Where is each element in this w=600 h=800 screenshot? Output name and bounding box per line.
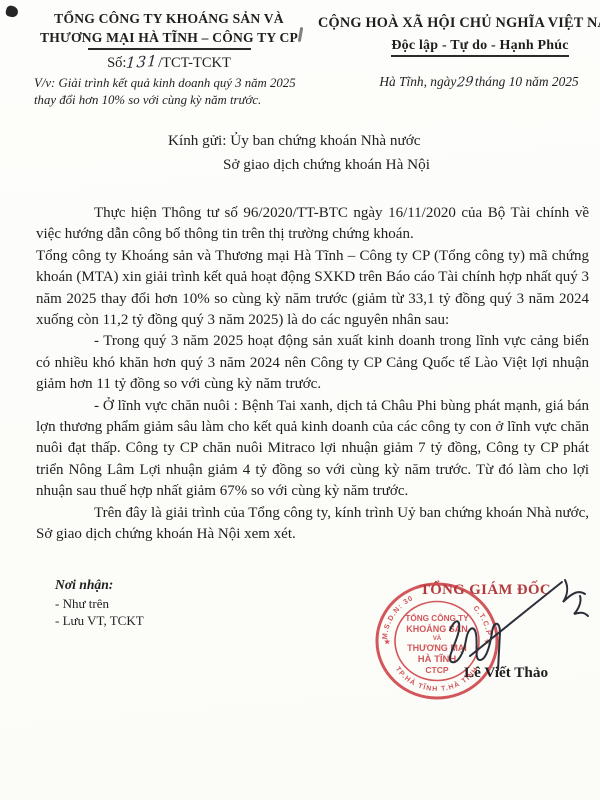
body-paragraph-3: - Trong quý 3 năm 2025 hoạt động sản xuấ… <box>36 331 589 395</box>
document-number-prefix: Số: <box>107 55 126 71</box>
salutation-line-2: Sở giao dịch chứng khoán Hà Nội <box>223 156 430 174</box>
body-paragraph-1: Thực hiện Thông tư số 96/2020/TT-BTC ngà… <box>36 203 589 246</box>
letter-body: Thực hiện Thông tư số 96/2020/TT-BTC ngà… <box>36 203 589 546</box>
subject-line: V/v: Giải trình kết quả kinh doanh quý 3… <box>28 75 310 109</box>
body-paragraph-4: - Ở lĩnh vực chăn nuôi : Bệnh Tai xanh, … <box>36 396 589 503</box>
dateline: Hà Tĩnh, ngày29tháng 10 năm 2025 <box>358 74 600 90</box>
company-name-line1: TỔNG CÔNG TY KHOÁNG SẢN VÀ <box>28 9 310 28</box>
national-slogan-wrap: Độc lập - Tự do - Hạnh Phúc <box>330 36 600 57</box>
scanned-letter-page: TỔNG CÔNG TY KHOÁNG SẢN VÀ THƯƠNG MẠI HÀ… <box>0 0 600 800</box>
salutation-line-1: Kính gửi: Ủy ban chứng khoán Nhà nước <box>168 132 420 150</box>
dateline-prefix: Hà Tĩnh, ngày <box>379 74 456 89</box>
recipients-item-1: - Như trên <box>55 595 144 612</box>
subject-line-2: thay đổi hơn 10% so với cùng kỳ năm trướ… <box>34 92 310 109</box>
subject-line-1: V/v: Giải trình kết quả kinh doanh quý 3… <box>34 75 310 92</box>
letterhead-issuer: TỔNG CÔNG TY KHOÁNG SẢN VÀ THƯƠNG MẠI HÀ… <box>28 9 310 109</box>
seal-star-left: ★ <box>384 638 391 646</box>
document-number-suffix: /TCT-TCKT <box>158 55 231 71</box>
scan-artifact-blob <box>5 5 19 19</box>
recipients-item-2: - Lưu VT, TCKT <box>55 612 144 629</box>
signature-ink-icon <box>412 568 600 683</box>
recipients-label: Nơi nhận: <box>55 576 144 593</box>
national-motto: CỘNG HOÀ XÃ HỘI CHỦ NGHĨA VIỆT NAM <box>318 15 600 32</box>
body-paragraph-5: Trên đây là giải trình của Tổng công ty,… <box>36 503 589 546</box>
document-number: Số:131/TCT-TCKT <box>28 52 310 73</box>
national-slogan: Độc lập - Tự do - Hạnh Phúc <box>391 38 568 57</box>
document-number-handwritten: 131 <box>126 51 159 73</box>
dateline-handwritten-day: 29 <box>457 74 475 90</box>
company-name-underline <box>88 48 251 50</box>
dateline-suffix: tháng 10 năm 2025 <box>475 74 579 89</box>
recipients-block: Nơi nhận: - Như trên - Lưu VT, TCKT <box>55 576 144 629</box>
body-paragraph-2: Tổng công ty Khoáng sản và Thương mại Hà… <box>36 246 589 332</box>
company-name-line2: THƯƠNG MẠI HÀ TĨNH – CÔNG TY CP <box>28 28 310 47</box>
